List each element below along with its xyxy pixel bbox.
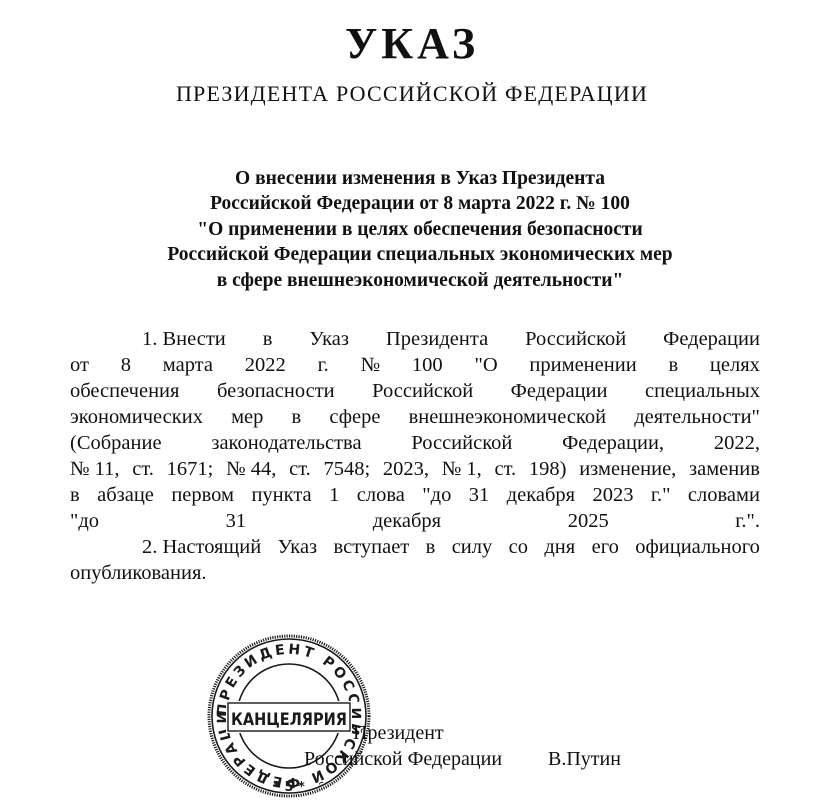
body-word: 7548; (323, 456, 370, 482)
heading-line: Российской Федерации от 8 марта 2022 г. … (120, 191, 720, 216)
body-word: пункта (251, 482, 311, 508)
body-word: № 1, (442, 456, 482, 482)
body-word: Федерации (663, 326, 760, 352)
body-line: от8марта2022г.№100"Оприменениивцелях (70, 352, 760, 378)
body-word: 1 (329, 482, 339, 508)
body-word: марта (163, 352, 213, 378)
body-word: его (592, 534, 619, 560)
body-line: вабзацепервомпункта1слова"до31декабря202… (70, 482, 760, 508)
body-word: г." (651, 482, 671, 508)
body-word: № 44, (226, 456, 276, 482)
body-word: (Собрание (70, 430, 162, 456)
body-word: № (361, 352, 381, 378)
body-word: г. (318, 352, 329, 378)
stamp-center-text: КАНЦЕЛЯРИЯ (231, 710, 347, 730)
heading-line: "О применении в целях обеспечения безопа… (120, 217, 720, 242)
body-line: 1. ВнестивУказПрезидентаРоссийскойФедера… (70, 326, 760, 352)
body-word: ст. (132, 456, 154, 482)
body-word: первом (171, 482, 234, 508)
body-word: Федерации, (562, 430, 664, 456)
body-word: 2022, (714, 430, 760, 456)
body-word: безопасности (217, 378, 335, 404)
body-word: деятельности" (634, 404, 760, 430)
body-word: Российской (411, 430, 512, 456)
body-line: опубликования. (70, 560, 760, 586)
body-word: декабря (507, 482, 575, 508)
heading-line: в сфере внешнеэкономической деятельности… (120, 268, 720, 293)
body-word: абзаце (97, 482, 154, 508)
body-word: изменение, (579, 456, 676, 482)
body-word: официального (635, 534, 760, 560)
body-word: экономических (70, 404, 203, 430)
document-heading: О внесении изменения в Указ Президента Р… (120, 166, 720, 293)
body-word: Указ (278, 534, 318, 560)
body-word: силу (452, 534, 493, 560)
body-word: 100 (412, 352, 443, 378)
body-word: со (509, 534, 528, 560)
body-word: 31 (469, 482, 490, 508)
body-word: в (263, 326, 273, 352)
body-word: в (426, 534, 436, 560)
body-word: "О (474, 352, 497, 378)
body-word: Президента (386, 326, 488, 352)
body-word: № 11, (70, 456, 120, 482)
body-word: 2022 (245, 352, 286, 378)
body-word: Российской (525, 326, 626, 352)
body-word: "до (422, 482, 451, 508)
body-word: обеспечения (70, 378, 179, 404)
body-word: заменив (689, 456, 760, 482)
body-word: применении (529, 352, 636, 378)
body-word: слова (357, 482, 405, 508)
body-word: 1. Внести (142, 326, 226, 352)
body-word: ст. (495, 456, 517, 482)
body-line: 2. НастоящийУказвступаетвсилусодняегоофи… (70, 534, 760, 560)
body-word: внешнеэкономической (409, 404, 607, 430)
document-title: УКАЗ (0, 18, 824, 70)
body-word: Российской (372, 378, 473, 404)
signature-title-line-2: Российской Федерации (304, 746, 502, 772)
body-line: № 11,ст.1671;№ 44,ст.7548;2023,№ 1,ст.19… (70, 456, 760, 482)
body-word: в (292, 404, 302, 430)
body-word: 2. Настоящий (142, 534, 261, 560)
document-subtitle: ПРЕЗИДЕНТА РОССИЙСКОЙ ФЕДЕРАЦИИ (0, 80, 824, 108)
body-line: (СобраниезаконодательстваРоссийскойФедер… (70, 430, 760, 456)
stamp-number: * 5 * (273, 780, 305, 795)
body-word: вступает (334, 534, 410, 560)
body-word: целях (710, 352, 760, 378)
body-word: в (70, 482, 80, 508)
body-word: словами (688, 482, 760, 508)
heading-line: О внесении изменения в Указ Президента (120, 166, 720, 191)
body-word: сфере (329, 404, 380, 430)
body-line: "до 31 декабря 2025 г.". (70, 508, 760, 534)
body-word: 8 (121, 352, 131, 378)
body-word: 1671; (167, 456, 214, 482)
document-body: 1. ВнестивУказПрезидентаРоссийскойФедера… (70, 326, 760, 586)
signature-title-line-1: Президент (353, 720, 444, 746)
body-line: экономическихмервсферевнешнеэкономическо… (70, 404, 760, 430)
body-word: от (70, 352, 89, 378)
body-word: 198) (529, 456, 567, 482)
signature-name: В.Путин (548, 746, 621, 772)
body-word: в (668, 352, 678, 378)
body-word: Федерации (511, 378, 608, 404)
body-word: 2023 (592, 482, 633, 508)
body-word: ст. (289, 456, 311, 482)
body-word: законодательства (211, 430, 361, 456)
body-line: обеспечениябезопасностиРоссийскойФедерац… (70, 378, 760, 404)
body-word: Указ (309, 326, 349, 352)
body-word: мер (231, 404, 263, 430)
body-word: дня (544, 534, 575, 560)
body-word: 2023, (383, 456, 429, 482)
stamp-seal-icon: ПРЕЗИДЕНТ РОССИЙСКОЙ ФЕДЕРАЦИИ * 5 * КАН… (204, 633, 374, 799)
heading-line: Российской Федерации специальных экономи… (120, 242, 720, 267)
body-word: специальных (645, 378, 760, 404)
